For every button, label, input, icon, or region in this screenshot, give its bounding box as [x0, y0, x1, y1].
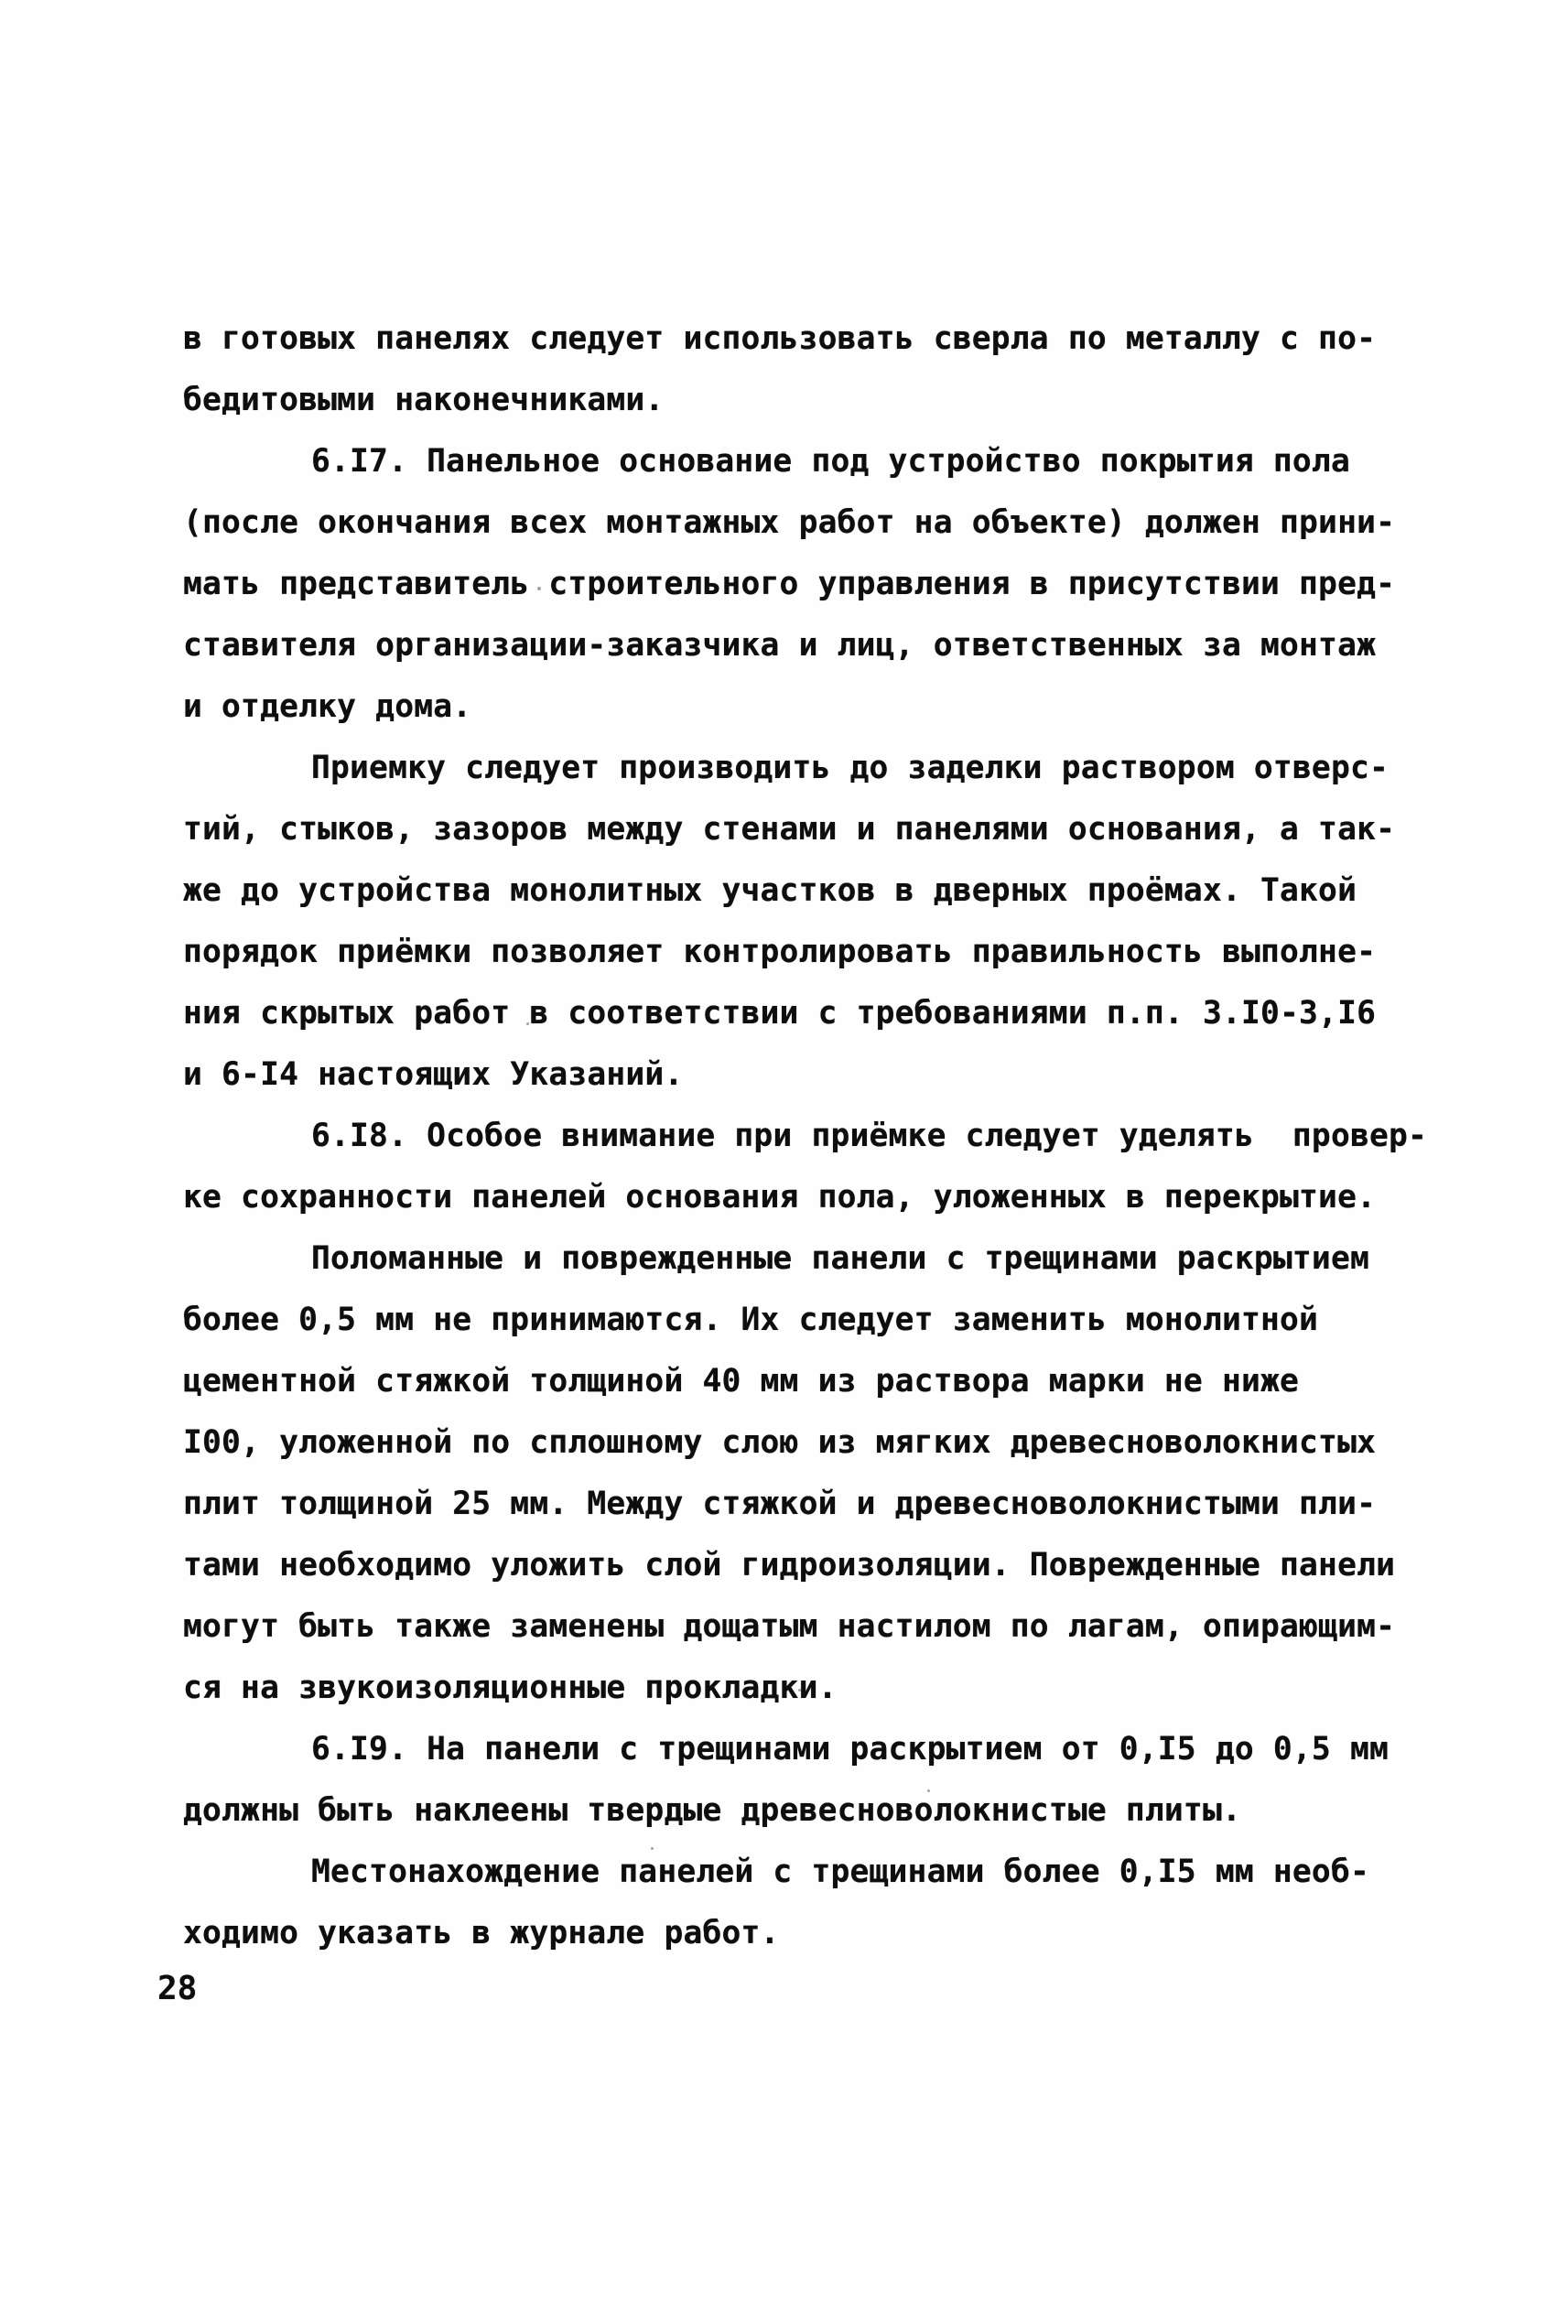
scan-speck: [651, 1847, 654, 1850]
text-line: Поломанные и поврежденные панели с трещи…: [183, 1228, 1446, 1290]
scan-speck: [798, 1689, 801, 1692]
text-line: тами необходимо уложить слой гидроизоляц…: [183, 1535, 1446, 1596]
text-line: же до устройства монолитных участков в д…: [183, 860, 1446, 922]
text-line: ся на звукоизоляционные прокладки.: [183, 1658, 1446, 1719]
text-line: более 0,5 мм не принимаются. Их следует …: [183, 1290, 1446, 1351]
text-line: ния скрытых работ в соответствии с требо…: [183, 983, 1446, 1044]
text-line: I00, уложенной по сплошному слою из мягк…: [183, 1412, 1446, 1474]
text-line: ставителя организации-заказчика и лиц, о…: [183, 615, 1446, 676]
text-line-section-6.19: 6.I9. На панели с трещинами раскрытием о…: [183, 1719, 1446, 1780]
text-line: Приемку следует производить до заделки р…: [183, 738, 1446, 799]
text-line: должны быть наклеены твердые древесновол…: [183, 1780, 1446, 1842]
page-number: 28: [157, 1958, 197, 2019]
scanned-page: в готовых панелях следует использовать с…: [0, 0, 1568, 2324]
text-line: ке сохранности панелей основания пола, у…: [183, 1167, 1446, 1228]
text-line-section-6.17: 6.I7. Панельное основание под устройство…: [183, 431, 1446, 492]
text-line: и отделку дома.: [183, 676, 1446, 738]
text-line: плит толщиной 25 мм. Между стяжкой и дре…: [183, 1474, 1446, 1535]
text-line: тий, стыков, зазоров между стенами и пан…: [183, 799, 1446, 860]
text-line: цементной стяжкой толщиной 40 мм из раст…: [183, 1351, 1446, 1412]
scan-speck: [537, 587, 541, 590]
text-line: могут быть также заменены дощатым настил…: [183, 1596, 1446, 1658]
document-text: в готовых панелях следует использовать с…: [183, 308, 1446, 1964]
scan-speck: [927, 1789, 930, 1792]
text-line: (после окончания всех монтажных работ на…: [183, 492, 1446, 554]
text-line: порядок приёмки позволяет контролировать…: [183, 922, 1446, 983]
text-line: бедитовыми наконечниками.: [183, 370, 1446, 431]
scan-speck: [526, 1022, 529, 1025]
text-line: мать представитель строительного управле…: [183, 554, 1446, 615]
text-line: и 6-I4 настоящих Указаний.: [183, 1044, 1446, 1106]
text-line: Местонахождение панелей с трещинами боле…: [183, 1842, 1446, 1903]
text-line: ходимо указать в журнале работ.: [183, 1903, 1446, 1964]
text-line: в готовых панелях следует использовать с…: [183, 308, 1446, 370]
text-line-section-6.18: 6.I8. Особое внимание при приёмке следуе…: [183, 1106, 1446, 1167]
